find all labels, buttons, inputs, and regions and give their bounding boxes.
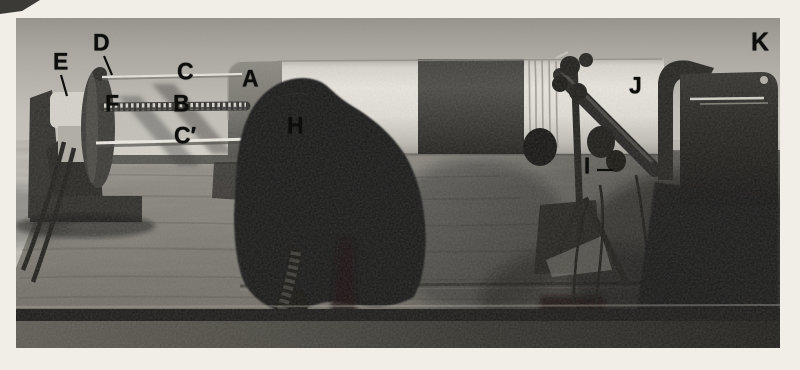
part-label-i: I	[584, 154, 590, 177]
part-label-k: K	[751, 29, 769, 55]
photo-content	[0, 18, 800, 360]
part-label-j: J	[629, 73, 642, 97]
part-label-d: D	[93, 30, 110, 54]
scanned-photo-page: A B C C′ D E F H I J K	[0, 0, 800, 370]
part-label-c: C	[177, 59, 194, 83]
part-label-e: E	[53, 49, 68, 73]
part-label-h: H	[287, 113, 304, 137]
part-label-f: F	[105, 91, 119, 115]
photo-grain	[16, 18, 780, 348]
apparatus-photo	[0, 0, 800, 370]
part-label-b: B	[173, 91, 190, 115]
part-label-a: A	[242, 66, 259, 90]
part-label-c-prime: C′	[174, 123, 196, 147]
